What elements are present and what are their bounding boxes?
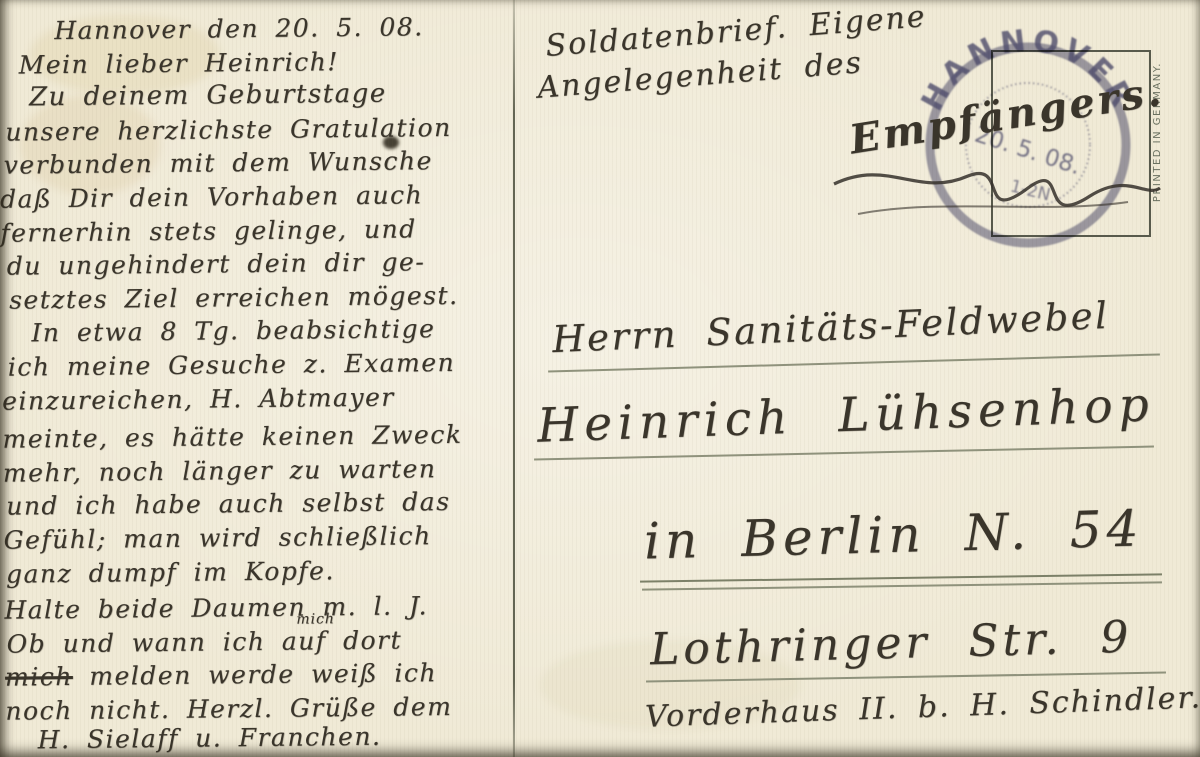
message-line: du ungehindert dein dir ge-	[1, 244, 513, 283]
message-line: Zu deinem Geburtstage	[0, 77, 511, 116]
inserted-word: mich	[296, 612, 335, 626]
address-line-building: Vorderhaus II. b. H. Schindler.	[645, 680, 1200, 734]
message-line: Hannover den 20. 5. 08.	[0, 9, 510, 48]
postcard-scan: Hannover den 20. 5. 08. Mein lieber Hein…	[0, 0, 1200, 757]
address-line-street: Lothringer Str. 9	[649, 612, 1133, 676]
message-line: und ich habe auch selbst das	[3, 485, 515, 524]
message-line: ich meine Gesuche z. Examen	[2, 345, 514, 384]
message-line: Ob und wann ich auf dort mich	[5, 622, 517, 661]
message-line: H. Sielaff u. Franchen.	[6, 719, 518, 757]
message-panel: Hannover den 20. 5. 08. Mein lieber Hein…	[0, 9, 518, 757]
address-underline	[640, 573, 1162, 582]
address-underline	[642, 581, 1162, 590]
message-line: Mein lieber Heinrich!	[0, 43, 511, 82]
struck-word: mich	[5, 662, 73, 692]
message-line: mehr, noch länger zu warten	[3, 451, 515, 490]
message-line: Halte beide Daumen m. l. J.	[4, 588, 516, 627]
message-line: meinte, es hätte keinen Zweck	[2, 417, 514, 456]
message-line-text: melden werde weiß ich	[89, 658, 437, 691]
message-line: mich melden werde weiß ich	[5, 656, 517, 695]
message-line: ganz dumpf im Kopfe.	[4, 552, 516, 591]
message-line: fernerhin stets gelinge, und	[0, 211, 512, 250]
message-line-text: Ob und wann ich auf dort	[7, 625, 403, 658]
address-line-recipient-title: Herrn Sanitäts-Feldwebel	[551, 294, 1110, 361]
message-line: setztes Ziel erreichen mögest.	[1, 278, 513, 317]
message-line: verbunden mit dem Wunsche	[0, 144, 512, 183]
message-line: In etwa 8 Tg. beabsichtige	[1, 312, 513, 351]
message-line: unsere herzlichste Gratulation	[0, 110, 512, 149]
address-line-recipient-name: Heinrich Lühsenhop	[536, 377, 1155, 454]
signature-flourish	[828, 118, 1168, 268]
message-line: daß Dir dein Vorhaben auch	[0, 177, 512, 216]
message-line: Gefühl; man wird schließlich	[3, 518, 515, 557]
message-line: einzureichen, H. Abtmayer	[2, 379, 514, 418]
address-line-city: in Berlin N. 54	[643, 499, 1144, 570]
